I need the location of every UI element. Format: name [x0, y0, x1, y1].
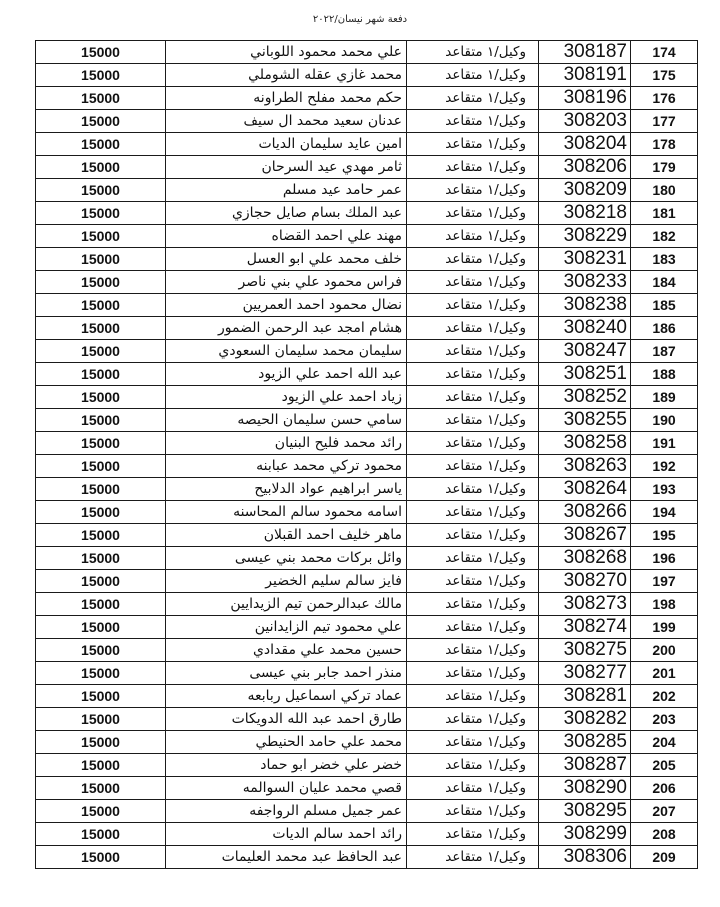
rank-cell: وكيل/١ متقاعد [407, 731, 539, 754]
index-cell: 208 [631, 823, 698, 846]
service-number-cell: 308231 [539, 248, 631, 271]
rank-cell: وكيل/١ متقاعد [407, 179, 539, 202]
index-cell: 185 [631, 294, 698, 317]
index-cell: 182 [631, 225, 698, 248]
service-number-cell: 308251 [539, 363, 631, 386]
rank-cell: وكيل/١ متقاعد [407, 455, 539, 478]
service-number-cell: 308203 [539, 110, 631, 133]
name-cell: عبد الله احمد علي الزيود [166, 363, 407, 386]
amount-cell: 15000 [36, 616, 166, 639]
rank-cell: وكيل/١ متقاعد [407, 386, 539, 409]
service-number-cell: 308281 [539, 685, 631, 708]
amount-cell: 15000 [36, 133, 166, 156]
service-number-cell: 308270 [539, 570, 631, 593]
name-cell: مهند علي احمد القضاه [166, 225, 407, 248]
amount-cell: 15000 [36, 777, 166, 800]
index-cell: 189 [631, 386, 698, 409]
amount-cell: 15000 [36, 294, 166, 317]
table-row: 15000خلف محمد علي ابو العسلوكيل/١ متقاعد… [36, 248, 698, 271]
amount-cell: 15000 [36, 156, 166, 179]
name-cell: زياد احمد علي الزيود [166, 386, 407, 409]
amount-cell: 15000 [36, 708, 166, 731]
service-number-cell: 308187 [539, 41, 631, 64]
index-cell: 197 [631, 570, 698, 593]
table-row: 15000وائل بركات محمد بني عيسىوكيل/١ متقا… [36, 547, 698, 570]
name-cell: سليمان محمد سليمان السعودي [166, 340, 407, 363]
table-row: 15000اسامه محمود سالم المحاسنهوكيل/١ متق… [36, 501, 698, 524]
table-row: 15000رائد احمد سالم الدياتوكيل/١ متقاعد3… [36, 823, 698, 846]
amount-cell: 15000 [36, 41, 166, 64]
amount-cell: 15000 [36, 800, 166, 823]
service-number-cell: 308240 [539, 317, 631, 340]
index-cell: 183 [631, 248, 698, 271]
name-cell: ثامر مهدي عيد السرحان [166, 156, 407, 179]
amount-cell: 15000 [36, 386, 166, 409]
table-row: 15000مهند علي احمد القضاهوكيل/١ متقاعد30… [36, 225, 698, 248]
table-row: 15000محمود تركي محمد عبابنهوكيل/١ متقاعد… [36, 455, 698, 478]
amount-cell: 15000 [36, 202, 166, 225]
name-cell: حكم محمد مفلح الطراونه [166, 87, 407, 110]
rank-cell: وكيل/١ متقاعد [407, 202, 539, 225]
name-cell: عمر جميل مسلم الرواجفه [166, 800, 407, 823]
rank-cell: وكيل/١ متقاعد [407, 64, 539, 87]
rank-cell: وكيل/١ متقاعد [407, 593, 539, 616]
name-cell: وائل بركات محمد بني عيسى [166, 547, 407, 570]
index-cell: 199 [631, 616, 698, 639]
name-cell: امين عايد سليمان الديات [166, 133, 407, 156]
amount-cell: 15000 [36, 110, 166, 133]
rank-cell: وكيل/١ متقاعد [407, 41, 539, 64]
table-row: 15000عمر جميل مسلم الرواجفهوكيل/١ متقاعد… [36, 800, 698, 823]
amount-cell: 15000 [36, 317, 166, 340]
name-cell: رائد محمد فليح البنيان [166, 432, 407, 455]
table-row: 15000مالك عبدالرحمن تيم الزيدايينوكيل/١ … [36, 593, 698, 616]
name-cell: علي محمد محمود اللوباني [166, 41, 407, 64]
table-row: 15000عبد الملك بسام صايل حجازيوكيل/١ متق… [36, 202, 698, 225]
table-row: 15000محمد علي حامد الحنيطيوكيل/١ متقاعد3… [36, 731, 698, 754]
service-number-cell: 308285 [539, 731, 631, 754]
name-cell: منذر احمد جابر بني عيسى [166, 662, 407, 685]
index-cell: 186 [631, 317, 698, 340]
rank-cell: وكيل/١ متقاعد [407, 501, 539, 524]
table-row: 15000زياد احمد علي الزيودوكيل/١ متقاعد30… [36, 386, 698, 409]
service-number-cell: 308295 [539, 800, 631, 823]
rank-cell: وكيل/١ متقاعد [407, 340, 539, 363]
service-number-cell: 308247 [539, 340, 631, 363]
service-number-cell: 308252 [539, 386, 631, 409]
amount-cell: 15000 [36, 340, 166, 363]
service-number-cell: 308268 [539, 547, 631, 570]
service-number-cell: 308275 [539, 639, 631, 662]
index-cell: 209 [631, 846, 698, 869]
table-row: 15000سليمان محمد سليمان السعوديوكيل/١ مت… [36, 340, 698, 363]
rank-cell: وكيل/١ متقاعد [407, 662, 539, 685]
index-cell: 177 [631, 110, 698, 133]
name-cell: طارق احمد عبد الله الدويكات [166, 708, 407, 731]
amount-cell: 15000 [36, 409, 166, 432]
service-number-cell: 308191 [539, 64, 631, 87]
service-number-cell: 308266 [539, 501, 631, 524]
amount-cell: 15000 [36, 685, 166, 708]
table-row: 15000طارق احمد عبد الله الدويكاتوكيل/١ م… [36, 708, 698, 731]
rank-cell: وكيل/١ متقاعد [407, 846, 539, 869]
name-cell: عبد الحافظ عبد محمد العليمات [166, 846, 407, 869]
index-cell: 179 [631, 156, 698, 179]
rank-cell: وكيل/١ متقاعد [407, 432, 539, 455]
rank-cell: وكيل/١ متقاعد [407, 524, 539, 547]
table-row: 15000محمد غازي عقله الشومليوكيل/١ متقاعد… [36, 64, 698, 87]
rank-cell: وكيل/١ متقاعد [407, 294, 539, 317]
name-cell: عمر حامد عيد مسلم [166, 179, 407, 202]
table-row: 15000هشام امجد عبد الرحمن الضموروكيل/١ م… [36, 317, 698, 340]
amount-cell: 15000 [36, 179, 166, 202]
service-number-cell: 308287 [539, 754, 631, 777]
table-row: 15000ياسر ابراهيم عواد الدلابيحوكيل/١ مت… [36, 478, 698, 501]
rank-cell: وكيل/١ متقاعد [407, 754, 539, 777]
name-cell: فراس محمود علي بني ناصر [166, 271, 407, 294]
name-cell: ياسر ابراهيم عواد الدلابيح [166, 478, 407, 501]
rank-cell: وكيل/١ متقاعد [407, 156, 539, 179]
index-cell: 206 [631, 777, 698, 800]
name-cell: عماد تركي اسماعيل ربابعه [166, 685, 407, 708]
rank-cell: وكيل/١ متقاعد [407, 570, 539, 593]
name-cell: حسين محمد علي مقدادي [166, 639, 407, 662]
index-cell: 175 [631, 64, 698, 87]
service-number-cell: 308299 [539, 823, 631, 846]
index-cell: 201 [631, 662, 698, 685]
rank-cell: وكيل/١ متقاعد [407, 409, 539, 432]
amount-cell: 15000 [36, 593, 166, 616]
index-cell: 176 [631, 87, 698, 110]
index-cell: 191 [631, 432, 698, 455]
rank-cell: وكيل/١ متقاعد [407, 777, 539, 800]
amount-cell: 15000 [36, 524, 166, 547]
name-cell: هشام امجد عبد الرحمن الضمور [166, 317, 407, 340]
rank-cell: وكيل/١ متقاعد [407, 133, 539, 156]
table-row: 15000امين عايد سليمان الدياتوكيل/١ متقاع… [36, 133, 698, 156]
rank-cell: وكيل/١ متقاعد [407, 317, 539, 340]
service-number-cell: 308264 [539, 478, 631, 501]
name-cell: خلف محمد علي ابو العسل [166, 248, 407, 271]
name-cell: علي محمود تيم الزايدانين [166, 616, 407, 639]
amount-cell: 15000 [36, 823, 166, 846]
rank-cell: وكيل/١ متقاعد [407, 616, 539, 639]
table-row: 15000خضر علي خضر ابو حمادوكيل/١ متقاعد30… [36, 754, 698, 777]
table-row: 15000عماد تركي اسماعيل ربابعهوكيل/١ متقا… [36, 685, 698, 708]
table-row: 15000عبد الحافظ عبد محمد العليماتوكيل/١ … [36, 846, 698, 869]
name-cell: فايز سالم سليم الخضير [166, 570, 407, 593]
index-cell: 187 [631, 340, 698, 363]
amount-cell: 15000 [36, 547, 166, 570]
table-row: 15000عبد الله احمد علي الزيودوكيل/١ متقا… [36, 363, 698, 386]
table-row: 15000سامي حسن سليمان الحيصهوكيل/١ متقاعد… [36, 409, 698, 432]
index-cell: 188 [631, 363, 698, 386]
index-cell: 194 [631, 501, 698, 524]
table-row: 15000منذر احمد جابر بني عيسىوكيل/١ متقاع… [36, 662, 698, 685]
index-cell: 204 [631, 731, 698, 754]
rank-cell: وكيل/١ متقاعد [407, 87, 539, 110]
name-cell: عدنان سعيد محمد ال سيف [166, 110, 407, 133]
service-number-cell: 308273 [539, 593, 631, 616]
name-cell: محمد علي حامد الحنيطي [166, 731, 407, 754]
table-row: 15000ثامر مهدي عيد السرحانوكيل/١ متقاعد3… [36, 156, 698, 179]
amount-cell: 15000 [36, 271, 166, 294]
amount-cell: 15000 [36, 662, 166, 685]
table-row: 15000فايز سالم سليم الخضيروكيل/١ متقاعد3… [36, 570, 698, 593]
amount-cell: 15000 [36, 846, 166, 869]
amount-cell: 15000 [36, 64, 166, 87]
service-number-cell: 308233 [539, 271, 631, 294]
amount-cell: 15000 [36, 639, 166, 662]
index-cell: 202 [631, 685, 698, 708]
amount-cell: 15000 [36, 731, 166, 754]
rank-cell: وكيل/١ متقاعد [407, 478, 539, 501]
name-cell: ماهر خليف احمد القبلان [166, 524, 407, 547]
index-cell: 200 [631, 639, 698, 662]
index-cell: 196 [631, 547, 698, 570]
payment-table: 15000علي محمد محمود اللوبانيوكيل/١ متقاع… [35, 40, 698, 869]
rank-cell: وكيل/١ متقاعد [407, 363, 539, 386]
service-number-cell: 308255 [539, 409, 631, 432]
service-number-cell: 308277 [539, 662, 631, 685]
index-cell: 203 [631, 708, 698, 731]
name-cell: خضر علي خضر ابو حماد [166, 754, 407, 777]
table-row: 15000عدنان سعيد محمد ال سيفوكيل/١ متقاعد… [36, 110, 698, 133]
service-number-cell: 308218 [539, 202, 631, 225]
name-cell: عبد الملك بسام صايل حجازي [166, 202, 407, 225]
rank-cell: وكيل/١ متقاعد [407, 639, 539, 662]
table-row: 15000حسين محمد علي مقداديوكيل/١ متقاعد30… [36, 639, 698, 662]
amount-cell: 15000 [36, 248, 166, 271]
index-cell: 205 [631, 754, 698, 777]
name-cell: رائد احمد سالم الديات [166, 823, 407, 846]
amount-cell: 15000 [36, 87, 166, 110]
name-cell: محمود تركي محمد عبابنه [166, 455, 407, 478]
index-cell: 190 [631, 409, 698, 432]
index-cell: 198 [631, 593, 698, 616]
name-cell: سامي حسن سليمان الحيصه [166, 409, 407, 432]
rank-cell: وكيل/١ متقاعد [407, 271, 539, 294]
amount-cell: 15000 [36, 478, 166, 501]
index-cell: 181 [631, 202, 698, 225]
index-cell: 184 [631, 271, 698, 294]
service-number-cell: 308263 [539, 455, 631, 478]
rank-cell: وكيل/١ متقاعد [407, 110, 539, 133]
table-row: 15000ماهر خليف احمد القبلانوكيل/١ متقاعد… [36, 524, 698, 547]
service-number-cell: 308258 [539, 432, 631, 455]
amount-cell: 15000 [36, 455, 166, 478]
rank-cell: وكيل/١ متقاعد [407, 685, 539, 708]
service-number-cell: 308282 [539, 708, 631, 731]
table-row: 15000علي محمد محمود اللوبانيوكيل/١ متقاع… [36, 41, 698, 64]
name-cell: اسامه محمود سالم المحاسنه [166, 501, 407, 524]
document-title: دفعة شهر نيسان/٢٠٢٢ [0, 14, 720, 25]
index-cell: 178 [631, 133, 698, 156]
table-row: 15000حكم محمد مفلح الطراونهوكيل/١ متقاعد… [36, 87, 698, 110]
service-number-cell: 308209 [539, 179, 631, 202]
table-row: 15000قصي محمد عليان السوالمهوكيل/١ متقاع… [36, 777, 698, 800]
table-row: 15000فراس محمود علي بني ناصروكيل/١ متقاع… [36, 271, 698, 294]
service-number-cell: 308204 [539, 133, 631, 156]
table-row: 15000علي محمود تيم الزايدانينوكيل/١ متقا… [36, 616, 698, 639]
amount-cell: 15000 [36, 432, 166, 455]
index-cell: 207 [631, 800, 698, 823]
service-number-cell: 308306 [539, 846, 631, 869]
service-number-cell: 308238 [539, 294, 631, 317]
service-number-cell: 308274 [539, 616, 631, 639]
rank-cell: وكيل/١ متقاعد [407, 708, 539, 731]
index-cell: 174 [631, 41, 698, 64]
service-number-cell: 308267 [539, 524, 631, 547]
index-cell: 180 [631, 179, 698, 202]
rank-cell: وكيل/١ متقاعد [407, 248, 539, 271]
service-number-cell: 308196 [539, 87, 631, 110]
table-body: 15000علي محمد محمود اللوبانيوكيل/١ متقاع… [36, 41, 698, 869]
amount-cell: 15000 [36, 754, 166, 777]
rank-cell: وكيل/١ متقاعد [407, 800, 539, 823]
table-row: 15000رائد محمد فليح البنيانوكيل/١ متقاعد… [36, 432, 698, 455]
name-cell: مالك عبدالرحمن تيم الزيدايين [166, 593, 407, 616]
name-cell: نضال محمود احمد العمريين [166, 294, 407, 317]
amount-cell: 15000 [36, 501, 166, 524]
rank-cell: وكيل/١ متقاعد [407, 547, 539, 570]
index-cell: 193 [631, 478, 698, 501]
index-cell: 192 [631, 455, 698, 478]
service-number-cell: 308290 [539, 777, 631, 800]
rank-cell: وكيل/١ متقاعد [407, 225, 539, 248]
name-cell: محمد غازي عقله الشوملي [166, 64, 407, 87]
amount-cell: 15000 [36, 363, 166, 386]
amount-cell: 15000 [36, 570, 166, 593]
index-cell: 195 [631, 524, 698, 547]
table-row: 15000عمر حامد عيد مسلموكيل/١ متقاعد30820… [36, 179, 698, 202]
rank-cell: وكيل/١ متقاعد [407, 823, 539, 846]
service-number-cell: 308206 [539, 156, 631, 179]
name-cell: قصي محمد عليان السوالمه [166, 777, 407, 800]
service-number-cell: 308229 [539, 225, 631, 248]
amount-cell: 15000 [36, 225, 166, 248]
table-row: 15000نضال محمود احمد العمريينوكيل/١ متقا… [36, 294, 698, 317]
